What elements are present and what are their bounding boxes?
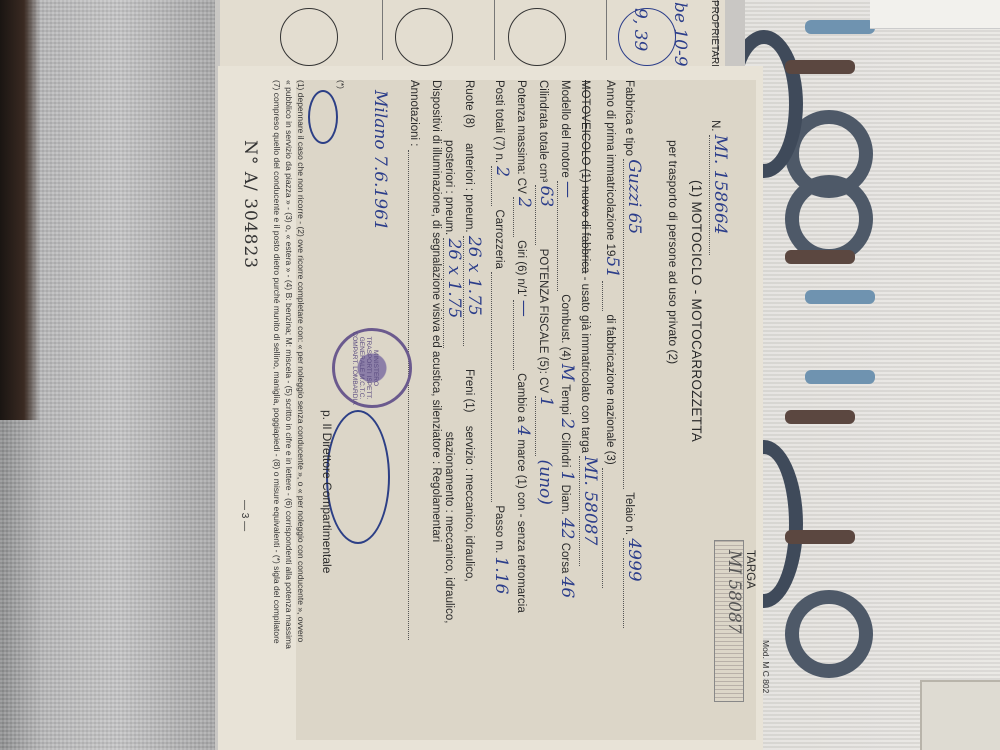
circle-box	[280, 8, 338, 66]
field-ruote-posteriori: posteriori : pneum. 26 x 1.75 stazioname…	[443, 140, 464, 623]
divider	[606, 0, 607, 60]
paper-corner	[920, 680, 1000, 750]
shadow	[0, 0, 40, 420]
compiler-mark: (*)	[336, 80, 346, 89]
divider	[382, 0, 383, 60]
field-cilindrata: Cilindrata totale cm³ 63 POTENZA FISCALE…	[535, 80, 556, 505]
page-number: — 3 —	[239, 500, 250, 531]
document-subtitle: per trasporto di persone ad uso privato …	[666, 140, 680, 364]
field-fabbrica: Fabbrica e tipo Guzzi 65 Telaio n. 4999	[623, 80, 644, 628]
registration-number: N. MI. 158664	[709, 120, 730, 255]
director-label: p. Il Direttore Compartimentale	[320, 410, 334, 573]
leaf-pattern	[785, 410, 855, 424]
field-potenza-massima: Potenza massima: CV 2 Giri (6) n/1' — Ca…	[513, 80, 534, 613]
proprietario-label-box: PROPRIETARIO	[700, 0, 724, 66]
leaf-pattern	[785, 60, 855, 74]
place-date: Milano 7.6.1961	[370, 90, 390, 231]
compiler-signature	[308, 90, 338, 144]
footnote: « pubblico in servizio da piazza » - (3)…	[284, 80, 294, 649]
leaf-pattern	[805, 290, 875, 304]
form-code: Mod. M C 802	[760, 640, 772, 693]
leaf-pattern	[785, 250, 855, 264]
circle-box	[508, 8, 566, 66]
field-dispositivi: Dispositivi di illuminazione, di segnala…	[430, 80, 442, 542]
targa-label: TARGA	[744, 550, 756, 589]
footnote: (7) compreso quello del conducente e il …	[272, 80, 282, 644]
footnote: (1) depennare il caso che non ricorre - …	[296, 80, 306, 642]
director-signature	[326, 410, 390, 544]
field-anno: Anno di prima immatricolazione 1951 di f…	[602, 80, 622, 588]
proprietario-label: PROPRIETARIO	[709, 0, 720, 75]
swirl-pattern	[785, 590, 873, 678]
leaf-pattern	[805, 20, 875, 34]
field-ruote-anteriori: Ruote (8) anteriori : pneum. 26 x 1.75 F…	[463, 80, 484, 582]
targa-value: MI 58087	[724, 550, 744, 634]
circle-box	[395, 8, 453, 66]
handwritten-note: 9, 39	[630, 8, 650, 51]
leaf-pattern	[785, 530, 855, 544]
field-modello: Modello del motore — Combust. (4) M Temp…	[557, 80, 578, 598]
field-posti: Posti totali (7) n. 2 Carrozzeria Passo …	[491, 80, 512, 594]
divider	[494, 0, 495, 60]
serial-number: N° A/ 304823	[240, 140, 260, 269]
field-motoveicolo: MOTOVEICOLO (1) nuovo di fabbrica - usat…	[579, 80, 600, 566]
document-title: (1) MOTOCICLO - MOTOCARROZZETTA	[689, 180, 704, 442]
paper-corner	[870, 0, 1000, 29]
leaf-pattern	[805, 370, 875, 384]
official-stamp: MINISTERO TRASPORTI ISPETT. GENERALE M.C…	[332, 328, 412, 408]
document-content: Mod. M C 802 N. MI. 158664 TARGA MI 5808…	[230, 80, 770, 700]
